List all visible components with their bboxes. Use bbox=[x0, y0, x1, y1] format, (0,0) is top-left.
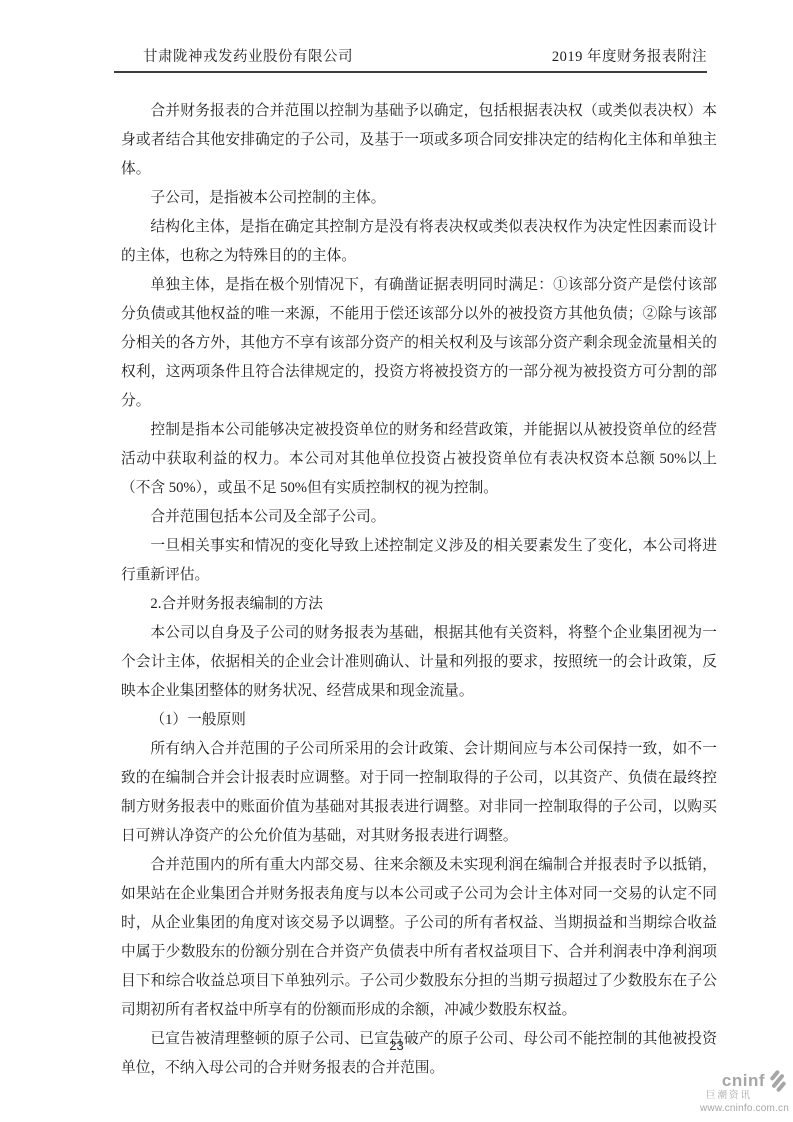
header-company-name: 甘肃陇神戎发药业股份有限公司 bbox=[114, 45, 353, 66]
page-header: 甘肃陇神戎发药业股份有限公司 2019 年度财务报表附注 bbox=[114, 45, 707, 73]
cninfo-swirl-icon bbox=[767, 1070, 789, 1092]
body-paragraph: （1）一般原则 bbox=[121, 706, 717, 735]
body-paragraph: 本公司以自身及子公司的财务报表为基础，根据其他有关资料，将整个企业集团视为一个会… bbox=[121, 619, 717, 706]
logo-caption: 巨潮资讯 bbox=[693, 1091, 789, 1101]
body-paragraph: 2.合并财务报表编制的方法 bbox=[121, 590, 717, 619]
body-paragraph: 合并范围内的所有重大内部交易、往来余额及未实现利润在编制合并报表时予以抵销，如果… bbox=[121, 851, 717, 1025]
body-paragraph: 所有纳入合并范围的子公司所采用的会计政策、会计期间应与本公司保持一致，如不一致的… bbox=[121, 735, 717, 851]
body-paragraph: 合并财务报表的合并范围以控制为基础予以确定，包括根据表决权（或类似表决权）本身或… bbox=[121, 97, 717, 184]
document-body: 合并财务报表的合并范围以控制为基础予以确定，包括根据表决权（或类似表决权）本身或… bbox=[121, 97, 717, 1083]
logo-brand-text: cninf bbox=[722, 1072, 765, 1091]
header-report-title: 2019 年度财务报表附注 bbox=[552, 45, 707, 66]
document-page: 甘肃陇神戎发药业股份有限公司 2019 年度财务报表附注 合并财务报表的合并范围… bbox=[0, 0, 793, 1122]
cninfo-logo: cninf 巨潮资讯 www.cninfo.com.cn bbox=[693, 1070, 789, 1114]
logo-brand-row: cninf bbox=[693, 1070, 789, 1092]
body-paragraph: 单独主体，是指在极个别情况下，有确凿证据表明同时满足：①该部分资产是偿付该部分负… bbox=[121, 271, 717, 416]
body-paragraph: 子公司，是指被本公司控制的主体。 bbox=[121, 184, 717, 213]
body-paragraph: 已宣告被清理整顿的原子公司、已宣告破产的原子公司、母公司不能控制的其他被投资单位… bbox=[121, 1025, 717, 1083]
body-paragraph: 结构化主体，是指在确定其控制方是没有将表决权或类似表决权作为决定性因素而设计的主… bbox=[121, 213, 717, 271]
body-paragraph: 合并范围包括本公司及全部子公司。 bbox=[121, 503, 717, 532]
body-paragraph: 控制是指本公司能够决定被投资单位的财务和经营政策，并能据以从被投资单位的经营活动… bbox=[121, 416, 717, 503]
logo-url: www.cninfo.com.cn bbox=[693, 1103, 789, 1114]
page-number: 23 bbox=[0, 1038, 793, 1053]
body-paragraph: 一旦相关事实和情况的变化导致上述控制定义涉及的相关要素发生了变化，本公司将进行重… bbox=[121, 532, 717, 590]
